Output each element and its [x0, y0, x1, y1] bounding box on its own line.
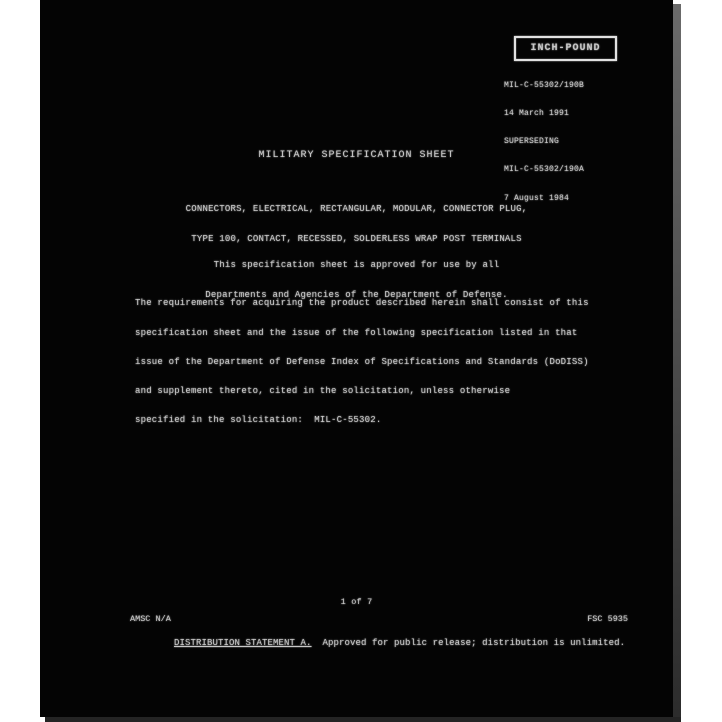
- superseded-document-number: MIL-C-55302/190A: [504, 165, 584, 174]
- document-date: 14 March 1991: [504, 109, 584, 118]
- page-drop-shadow-right: [673, 4, 681, 717]
- requirements-line: The requirements for acquiring the produ…: [135, 299, 605, 309]
- superseding-label: SUPERSEDING: [504, 137, 584, 146]
- document-number: MIL-C-55302/190B: [504, 81, 584, 90]
- page-number-indicator: 1 of 7: [40, 597, 673, 607]
- approval-line: This specification sheet is approved for…: [40, 260, 673, 270]
- document-viewer: INCH-POUND MIL-C-55302/190B 14 March 199…: [0, 0, 722, 722]
- spec-sheet-page: INCH-POUND MIL-C-55302/190B 14 March 199…: [40, 0, 673, 717]
- requirements-line: specified in the solicitation: MIL-C-553…: [135, 416, 605, 426]
- page-content: INCH-POUND MIL-C-55302/190B 14 March 199…: [40, 0, 673, 717]
- requirements-line: issue of the Department of Defense Index…: [135, 358, 605, 368]
- inch-pound-box: INCH-POUND: [514, 36, 617, 61]
- fsc-code: FSC 5935: [587, 614, 628, 624]
- distribution-statement-text: Approved for public release; distributio…: [312, 638, 626, 648]
- amsc-code: AMSC N/A: [130, 614, 171, 624]
- distribution-statement-title: DISTRIBUTION STATEMENT A.: [174, 638, 312, 648]
- requirements-line: specification sheet and the issue of the…: [135, 329, 605, 339]
- requirements-line: and supplement thereto, cited in the sol…: [135, 387, 605, 397]
- inch-pound-label: INCH-POUND: [530, 43, 600, 54]
- requirements-paragraph: The requirements for acquiring the produ…: [135, 280, 605, 445]
- distribution-statement: DISTRIBUTION STATEMENT A. Approved for p…: [130, 628, 625, 658]
- footer-codes-row: AMSC N/A FSC 5935: [130, 614, 628, 624]
- page-title: MILITARY SPECIFICATION SHEET: [40, 150, 673, 161]
- page-drop-shadow-bottom: [45, 717, 681, 722]
- specification-title-line: CONNECTORS, ELECTRICAL, RECTANGULAR, MOD…: [40, 204, 673, 214]
